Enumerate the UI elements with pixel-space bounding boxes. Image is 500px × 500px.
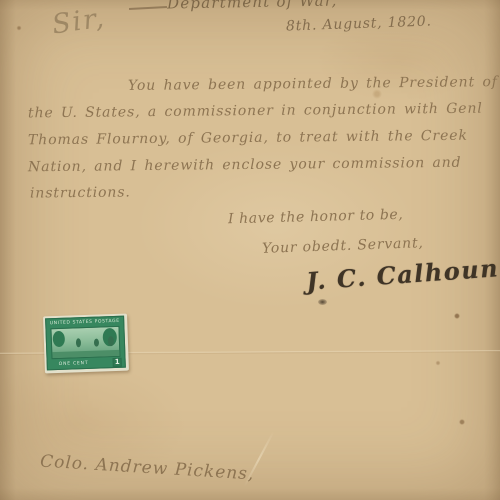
stamp-tree-left bbox=[53, 331, 66, 347]
body-line-5: instructions. bbox=[30, 184, 131, 201]
postage-stamp: UNITED STATES POSTAGE ONE CENT 1 bbox=[43, 314, 129, 374]
stamp-figure-2 bbox=[94, 339, 99, 347]
body-line-1: You have been appointed by the President… bbox=[128, 74, 498, 94]
stamp-value-text: ONE CENT bbox=[59, 360, 89, 366]
stamp-figure-1 bbox=[76, 338, 81, 347]
signature: J. C. Calhoun bbox=[305, 253, 500, 295]
body-line-2: the U. States, a commissioner in conjunc… bbox=[28, 101, 483, 122]
letterhead-line: Department of War, bbox=[167, 0, 338, 12]
body-line-4: Nation, and I herewith enclose your comm… bbox=[28, 155, 462, 176]
stamp-ground bbox=[52, 350, 119, 358]
letter-scan: Department of War, 8th. August, 1820. Si… bbox=[0, 0, 500, 500]
stamp-denomination: 1 bbox=[113, 357, 122, 366]
ink-blot bbox=[318, 299, 327, 305]
letterhead-flourish bbox=[129, 6, 167, 10]
address-line: Colo. Andrew Pickens, bbox=[40, 451, 255, 484]
closing-line-2: Your obedt. Servant, bbox=[262, 235, 424, 257]
salutation: Sir, bbox=[50, 2, 107, 40]
body-line-3: Thomas Flournoy, of Georgia, to treat wi… bbox=[28, 128, 468, 149]
stamp-vignette bbox=[50, 326, 120, 359]
closing-line-1: I have the honor to be, bbox=[228, 207, 404, 228]
date-line: 8th. August, 1820. bbox=[286, 13, 432, 34]
stamp-frame: UNITED STATES POSTAGE ONE CENT 1 bbox=[45, 316, 126, 371]
stamp-figure-3 bbox=[108, 336, 114, 346]
